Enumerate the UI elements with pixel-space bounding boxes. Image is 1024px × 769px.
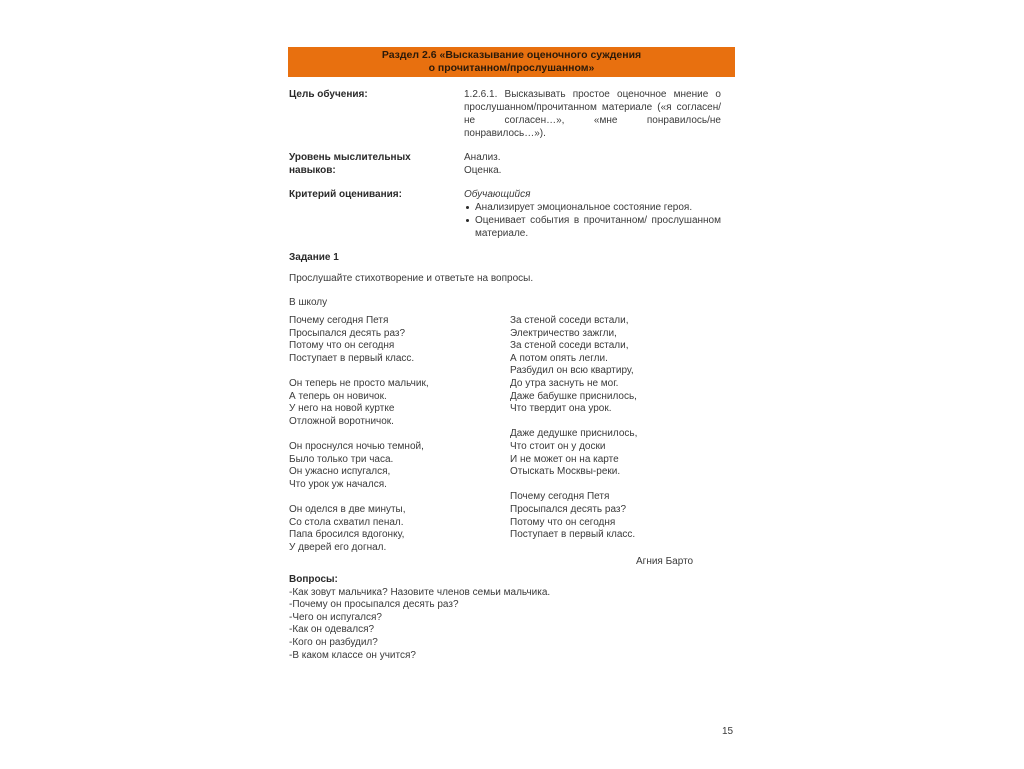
question-item: -В каком классе он учится? (289, 650, 550, 663)
document-page: Раздел 2.6 «Высказывание оценочного сужд… (0, 0, 1024, 769)
thinking-skills-label-line1: Уровень мыслительных (289, 151, 449, 164)
poem-line: Что стоит он у доски (510, 441, 637, 454)
poem-line: Он теперь не просто мальчик, (289, 378, 429, 391)
poem-line: Потому что он сегодня (510, 517, 637, 530)
questions-title: Вопросы: (289, 574, 550, 587)
thinking-skills-values: Анализ. Оценка. (464, 151, 721, 177)
poem-line: За стеной соседи встали, (510, 315, 637, 328)
poem-line: Отложной воротничок. (289, 416, 429, 429)
question-item: -Кого он разбудил? (289, 637, 550, 650)
learning-goal-value: 1.2.6.1. Высказывать простое оценочное м… (464, 88, 721, 140)
learning-goal-label: Цель обучения: (289, 88, 449, 101)
poem-line: Электричество зажгли, (510, 328, 637, 341)
poem-stanza: За стеной соседи встали,Электричество за… (510, 315, 637, 416)
poem-stanza: Почему сегодня ПетяПросыпался десять раз… (289, 315, 429, 365)
question-item: -Как он одевался? (289, 624, 550, 637)
poem-author: Агния Барто (636, 556, 693, 567)
poem-stanza: Он оделся в две минуты,Со стола схватил … (289, 504, 429, 554)
page-number: 15 (722, 726, 733, 737)
poem-line: Просыпался десять раз? (510, 504, 637, 517)
poem-stanza: Он теперь не просто мальчик,А теперь он … (289, 378, 429, 428)
section-title-line2: о прочитанном/прослушанном» (288, 62, 735, 75)
poem-left-column: Почему сегодня ПетяПросыпался десять раз… (289, 315, 429, 567)
section-header-banner: Раздел 2.6 «Высказывание оценочного сужд… (288, 47, 735, 77)
assessment-criteria-values: Обучающийся Анализирует эмоциональное со… (464, 188, 721, 240)
poem-line: Потому что он сегодня (289, 340, 429, 353)
poem-line: Даже дедушке приснилось, (510, 428, 637, 441)
poem-line: Почему сегодня Петя (510, 491, 637, 504)
task-instruction: Прослушайте стихотворение и ответьте на … (289, 272, 533, 285)
poem-line: За стеной соседи встали, (510, 340, 637, 353)
poem-right-column: За стеной соседи встали,Электричество за… (510, 315, 637, 554)
questions-list: -Как зовут мальчика? Назовите членов сем… (289, 587, 550, 663)
poem-line: Поступает в первый класс. (289, 353, 429, 366)
poem-stanza: Даже дедушке приснилось,Что стоит он у д… (510, 428, 637, 478)
poem-line: Разбудил он всю квартиру, (510, 365, 637, 378)
skill-item: Анализ. (464, 151, 721, 164)
poem-line: А теперь он новичок. (289, 391, 429, 404)
poem-line: Со стола схватил пенал. (289, 517, 429, 530)
section-title-line1: Раздел 2.6 «Высказывание оценочного сужд… (288, 49, 735, 62)
poem-line: Почему сегодня Петя (289, 315, 429, 328)
poem-line: У дверей его догнал. (289, 542, 429, 555)
poem-line: У него на новой куртке (289, 403, 429, 416)
task-title: Задание 1 (289, 251, 339, 264)
question-item: -Как зовут мальчика? Назовите членов сем… (289, 587, 550, 600)
poem-line: Отыскать Москвы-реки. (510, 466, 637, 479)
poem-line: Он проснулся ночью темной, (289, 441, 429, 454)
poem-line: Просыпался десять раз? (289, 328, 429, 341)
criteria-subject: Обучающийся (464, 188, 721, 201)
poem-title: В школу (289, 296, 327, 309)
criteria-item: Анализирует эмоциональное состояние геро… (464, 201, 721, 214)
questions-block: Вопросы: -Как зовут мальчика? Назовите ч… (289, 574, 550, 662)
poem-line: Что твердит она урок. (510, 403, 637, 416)
criteria-item: Оценивает события в прочитанном/ прослуш… (464, 214, 721, 240)
skill-item: Оценка. (464, 164, 721, 177)
question-item: -Почему он просыпался десять раз? (289, 599, 550, 612)
thinking-skills-label: Уровень мыслительных навыков: (289, 151, 449, 177)
question-item: -Чего он испугался? (289, 612, 550, 625)
poem-line: Поступает в первый класс. (510, 529, 637, 542)
poem-line: Он оделся в две минуты, (289, 504, 429, 517)
poem-stanza: Почему сегодня ПетяПросыпался десять раз… (510, 491, 637, 541)
poem-line: Было только три часа. (289, 454, 429, 467)
poem-line: А потом опять легли. (510, 353, 637, 366)
poem-stanza: Он проснулся ночью темной,Было только тр… (289, 441, 429, 491)
thinking-skills-label-line2: навыков: (289, 164, 449, 177)
poem-line: Папа бросился вдогонку, (289, 529, 429, 542)
poem-line: Даже бабушке приснилось, (510, 391, 637, 404)
poem-line: Что урок уж начался. (289, 479, 429, 492)
poem-line: Он ужасно испугался, (289, 466, 429, 479)
assessment-criteria-label: Критерий оценивания: (289, 188, 449, 201)
poem-line: До утра заснуть не мог. (510, 378, 637, 391)
criteria-list: Анализирует эмоциональное состояние геро… (464, 201, 721, 240)
poem-line: И не может он на карте (510, 454, 637, 467)
